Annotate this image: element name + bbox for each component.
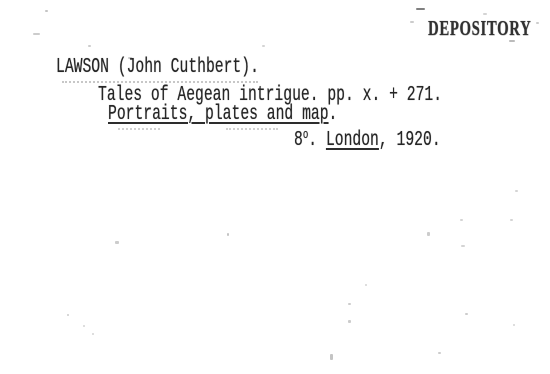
noise-speck	[536, 22, 539, 24]
imprint-place: London	[326, 129, 379, 152]
noise-speck	[410, 21, 414, 23]
illustration-underlined-text: Portraits, plates and map	[108, 103, 329, 126]
ghost-underline-fragment	[226, 128, 278, 130]
noise-speck	[67, 314, 69, 316]
noise-speck	[483, 13, 487, 15]
noise-speck	[461, 245, 465, 247]
noise-speck	[88, 45, 91, 47]
noise-speck	[115, 241, 119, 244]
noise-speck	[45, 10, 48, 12]
noise-speck	[227, 233, 229, 236]
noise-speck	[348, 303, 351, 305]
format-number: 8	[294, 129, 303, 152]
noise-speck	[438, 352, 441, 354]
noise-speck	[92, 333, 94, 335]
noise-speck	[513, 324, 515, 326]
imprint-line: 8o. London, 1920.	[294, 128, 441, 151]
imprint-date: , 1920.	[379, 129, 441, 152]
ghost-underline-fragment	[118, 128, 160, 130]
noise-speck	[515, 190, 518, 192]
noise-speck	[83, 325, 85, 327]
noise-speck	[510, 219, 513, 221]
author-heading: LAWSON (John Cuthbert).	[56, 57, 259, 78]
noise-speck	[262, 45, 265, 47]
noise-speck	[465, 313, 468, 315]
noise-speck	[416, 8, 425, 10]
noise-speck	[33, 33, 40, 35]
illustration-period: .	[329, 103, 338, 126]
noise-speck	[365, 284, 367, 286]
imprint-separator: .	[308, 129, 326, 152]
noise-speck	[427, 232, 430, 236]
noise-speck	[509, 40, 515, 42]
illustration-note-line: Portraits, plates and map.	[108, 104, 337, 125]
noise-speck	[460, 219, 463, 221]
catalog-card: DEPOSITORY LAWSON (John Cuthbert). Tales…	[0, 0, 550, 374]
noise-speck	[348, 320, 351, 323]
noise-speck	[330, 354, 333, 360]
ghost-impression-line	[62, 81, 258, 83]
noise-speck	[128, 57, 132, 59]
depository-stamp: DEPOSITORY	[428, 17, 531, 40]
